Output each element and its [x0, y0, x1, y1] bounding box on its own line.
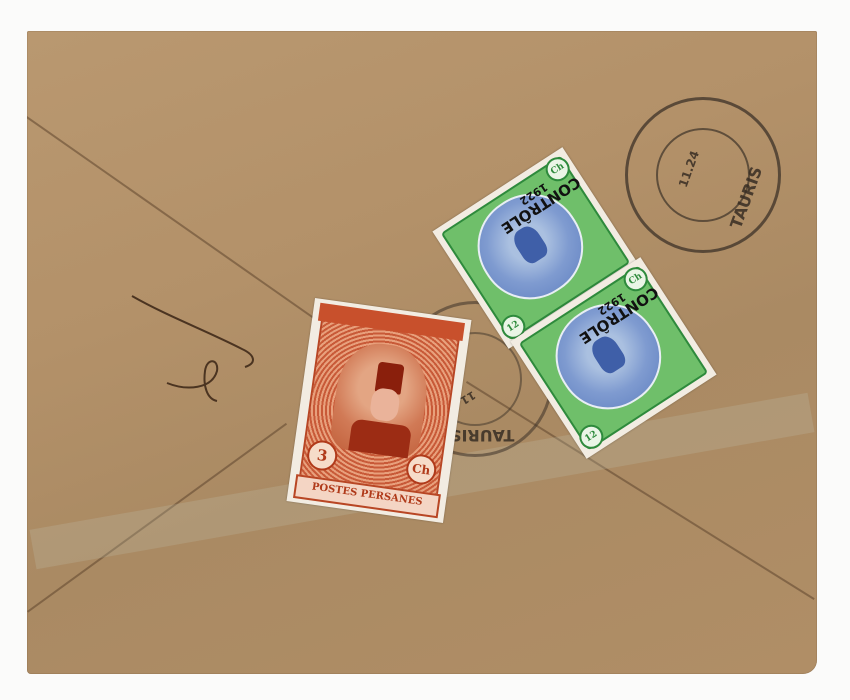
handwritten-mark	[127, 271, 277, 411]
postmark-city: TAURIS	[450, 426, 514, 445]
postmark-top-right: TAURIS 11.24	[625, 97, 781, 253]
portrait-face	[369, 387, 401, 423]
stamp-red-3ch: 3 Ch POSTES PERSANES	[287, 298, 472, 523]
